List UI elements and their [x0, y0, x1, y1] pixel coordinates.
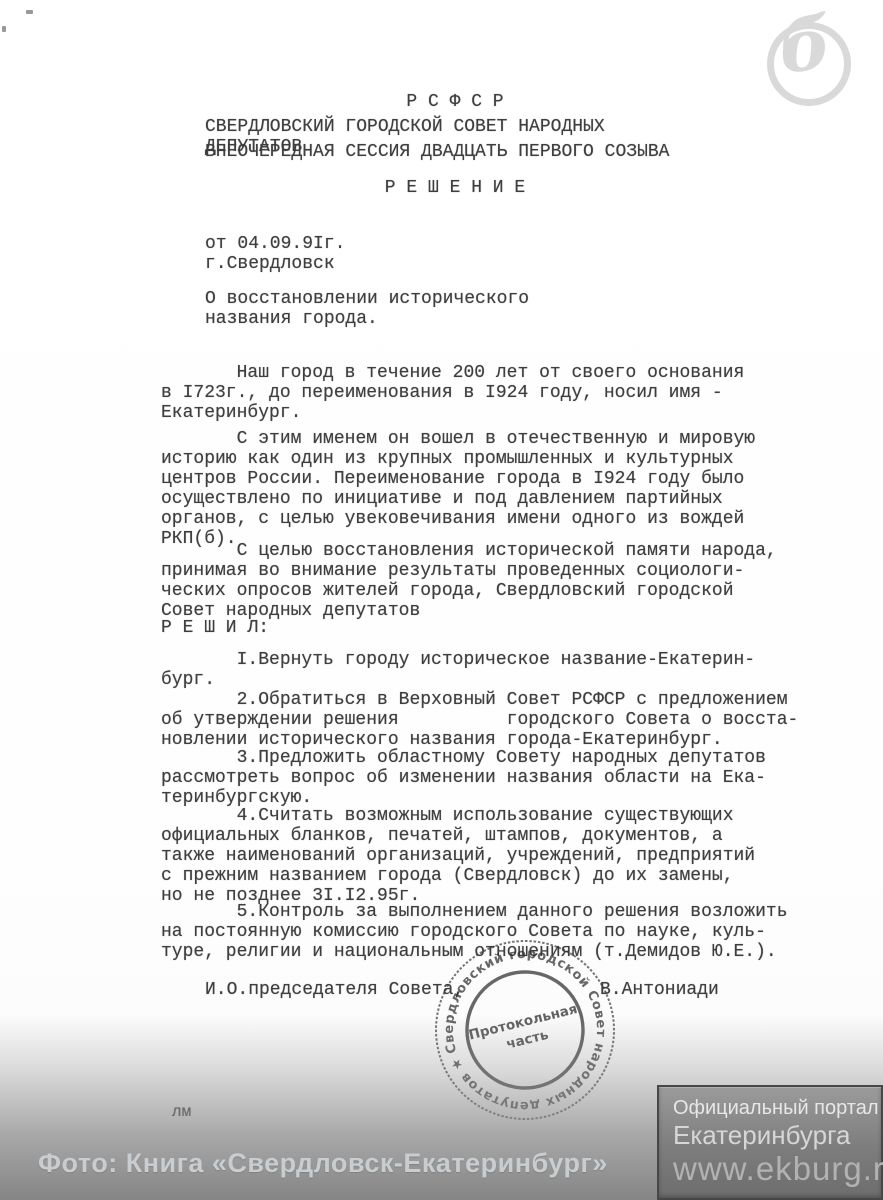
- resolution-item-3: 3.Предложить областному Совету народных …: [161, 748, 821, 808]
- doc-type-title: Р Е Ш Е Н И Е: [205, 178, 705, 198]
- paragraph-1: Наш город в течение 200 лет от своего ос…: [161, 363, 821, 423]
- watermark-letter-icon: б: [775, 0, 836, 89]
- date-place-block: от 04.09.9Iг. г.Свердловск: [205, 234, 345, 274]
- header-session: ВНЕОЧЕРЕДНАЯ СЕССИЯ ДВАДЦАТЬ ПЕРВОГО СОЗ…: [205, 142, 705, 162]
- subject-block: О восстановлении исторического названия …: [205, 289, 529, 329]
- scan-artifact-speck: [26, 10, 33, 14]
- photo-caption: Фото: Книга «Свердловск-Екатеринбург»: [38, 1148, 608, 1179]
- header-republic: Р С Ф С Р: [205, 92, 705, 112]
- resolution-item-1: I.Вернуть городу историческое название-Е…: [161, 650, 821, 690]
- badge-city-label: Екатеринбурга: [673, 1120, 881, 1150]
- typist-initials: лм: [172, 1102, 191, 1122]
- scan-artifact-speck: [2, 26, 6, 32]
- badge-url[interactable]: www.ekburg.ru: [673, 1150, 881, 1188]
- kommersant-watermark-logo: б: [763, 16, 855, 108]
- resolution-label: Р Е Ш И Л:: [161, 618, 269, 638]
- resolution-item-4: 4.Считать возможным использование сущест…: [161, 806, 821, 906]
- resolution-item-2: 2.Обратиться в Верховный Совет РСФСР с п…: [161, 690, 821, 750]
- paragraph-2: С этим именем он вошел в отечественную и…: [161, 429, 821, 549]
- paragraph-3: С целью восстановления исторической памя…: [161, 541, 821, 621]
- ekburg-portal-badge[interactable]: Официальный портал Екатеринбурга www.ekb…: [657, 1085, 883, 1200]
- scanned-document-photo: б Р С Ф С Р СВЕРДЛОВСКИЙ ГОРОДСКОЙ СОВЕТ…: [0, 0, 883, 1200]
- badge-portal-label: Официальный портал: [673, 1096, 881, 1120]
